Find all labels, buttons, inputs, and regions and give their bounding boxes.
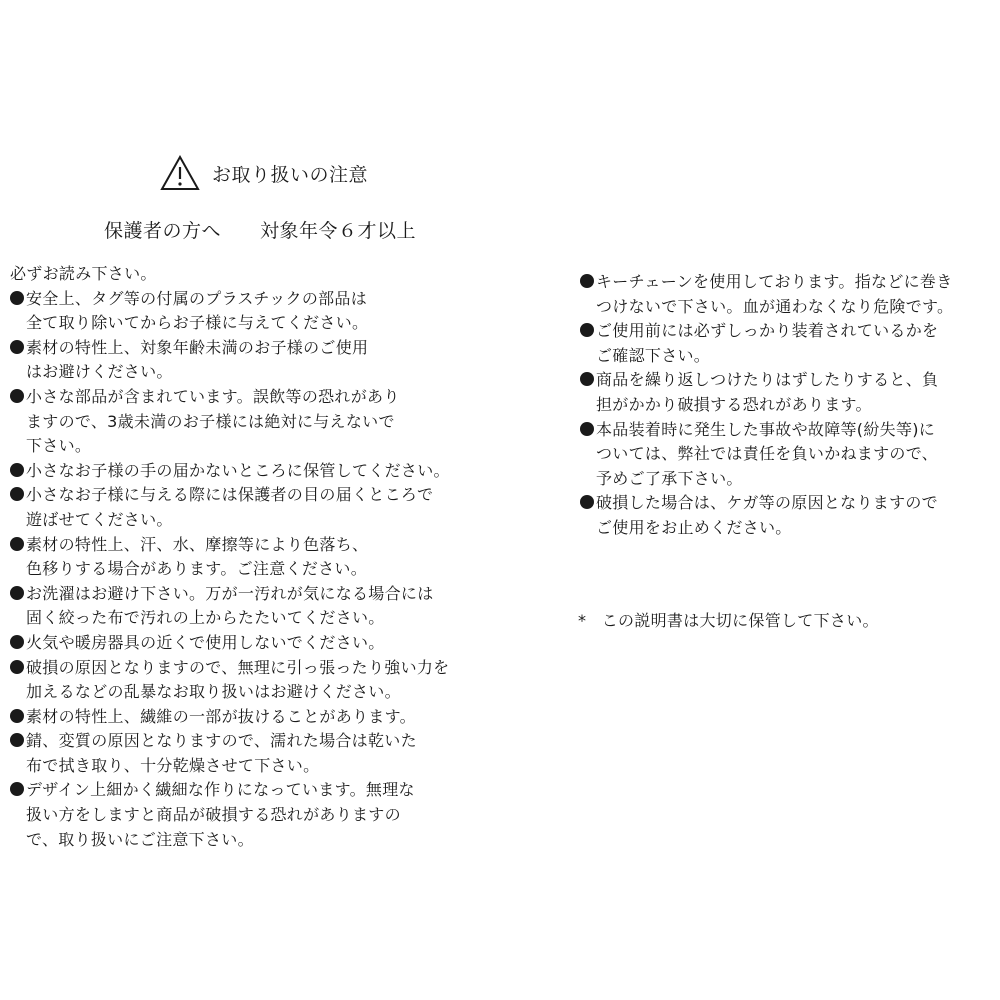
bullet-icon	[10, 782, 24, 796]
page-title: お取り扱いの注意	[212, 160, 368, 187]
precaution-item: ご使用前には必ずしっかり装着されているかをご確認下さい。	[580, 319, 1000, 368]
precaution-item: 錆、変質の原因となりますので、濡れた場合は乾いた布で拭き取り、十分乾燥させて下さ…	[10, 729, 480, 778]
precaution-text: 下さい。	[26, 434, 480, 459]
precaution-item: 安全上、タグ等の付属のプラスチックの部品は全て取り除いてからお子様に与えてくださ…	[10, 287, 480, 336]
warning-triangle-icon	[160, 155, 200, 191]
precaution-text: 破損の原因となりますので、無理に引っ張ったり強い力を	[26, 656, 449, 681]
precaution-text: 加えるなどの乱暴なお取り扱いはお避けください。	[26, 680, 480, 705]
precaution-item: 破損の原因となりますので、無理に引っ張ったり強い力を加えるなどの乱暴なお取り扱い…	[10, 656, 480, 705]
precaution-text: デザイン上細かく繊細な作りになっています。無理な	[26, 778, 415, 803]
bullet-icon	[10, 586, 24, 600]
precaution-item: お洗濯はお避け下さい。万が一汚れが気になる場合には固く絞った布で汚れの上からたた…	[10, 582, 480, 631]
precaution-text: お洗濯はお避け下さい。万が一汚れが気になる場合には	[26, 582, 434, 607]
precaution-text: 予めご了承下さい。	[596, 467, 1000, 492]
precaution-text: 火気や暖房器具の近くで使用しないでください。	[26, 631, 385, 656]
precaution-text: 本品装着時に発生した事故や故障等(紛失等)に	[596, 418, 935, 443]
keep-manual-note: * この説明書は大切に保管して下さい。	[578, 608, 879, 631]
precaution-text: 小さなお子様の手の届かないところに保管してください。	[26, 459, 450, 484]
bullet-icon	[10, 660, 24, 674]
bullet-icon	[580, 323, 594, 337]
bullet-icon	[580, 372, 594, 386]
precaution-text: 色移りする場合があります。ご注意ください。	[26, 557, 480, 582]
bullet-icon	[10, 487, 24, 501]
precaution-text: 素材の特性上、対象年齢未満のお子様のご使用	[26, 336, 368, 361]
left-precautions-list: 安全上、タグ等の付属のプラスチックの部品は全て取り除いてからお子様に与えてくださ…	[10, 287, 480, 853]
precaution-item: 本品装着時に発生した事故や故障等(紛失等)については、弊社では責任を負いかねます…	[580, 418, 1000, 492]
left-precautions-column: 必ずお読み下さい。 安全上、タグ等の付属のプラスチックの部品は全て取り除いてから…	[10, 262, 480, 852]
precaution-item: 火気や暖房器具の近くで使用しないでください。	[10, 631, 480, 656]
precaution-item: 小さなお子様に与える際には保護者の目の届くところで遊ばせてください。	[10, 483, 480, 532]
precaution-text: で、取り扱いにご注意下さい。	[26, 828, 480, 853]
bullet-icon	[10, 733, 24, 747]
precaution-text: キーチェーンを使用しております。指などに巻き	[596, 270, 953, 295]
precaution-text: ますので、3歳未満のお子様には絶対に与えないで	[26, 410, 480, 435]
bullet-icon	[10, 537, 24, 551]
precaution-item: 素材の特性上、対象年齢未満のお子様のご使用はお避けください。	[10, 336, 480, 385]
precaution-text: 小さな部品が含まれています。誤飲等の恐れがあり	[26, 385, 400, 410]
precaution-text: 扱い方をしますと商品が破損する恐れがありますの	[26, 803, 480, 828]
bullet-icon	[10, 389, 24, 403]
precaution-text: 小さなお子様に与える際には保護者の目の届くところで	[26, 483, 433, 508]
precaution-item: 小さなお子様の手の届かないところに保管してください。	[10, 459, 480, 484]
precaution-text: 錆、変質の原因となりますので、濡れた場合は乾いた	[26, 729, 417, 754]
precaution-item: キーチェーンを使用しております。指などに巻きつけないで下さい。血が通わなくなり危…	[580, 270, 1000, 319]
bullet-icon	[10, 340, 24, 354]
right-precautions-column: キーチェーンを使用しております。指などに巻きつけないで下さい。血が通わなくなり危…	[580, 270, 1000, 541]
bullet-icon	[10, 635, 24, 649]
intro-text: 必ずお読み下さい。	[10, 262, 480, 287]
precaution-text: 遊ばせてください。	[26, 508, 480, 533]
precaution-text: はお避けください。	[26, 360, 480, 385]
precaution-text: つけないで下さい。血が通わなくなり危険です。	[596, 295, 1000, 320]
precaution-text: ご使用をお止めください。	[596, 516, 1000, 541]
precaution-text: 破損した場合は、ケガ等の原因となりますので	[596, 491, 938, 516]
precaution-text: 布で拭き取り、十分乾燥させて下さい。	[26, 754, 480, 779]
precaution-text: 素材の特性上、汗、水、摩擦等により色落ち、	[26, 533, 368, 558]
precaution-text: 固く絞った布で汚れの上からたたいてください。	[26, 606, 480, 631]
precaution-item: デザイン上細かく繊細な作りになっています。無理な扱い方をしますと商品が破損する恐…	[10, 778, 480, 852]
bullet-icon	[580, 422, 594, 436]
asterisk-mark: *	[578, 611, 586, 630]
precaution-item: 小さな部品が含まれています。誤飲等の恐れがありますので、3歳未満のお子様には絶対…	[10, 385, 480, 459]
bullet-icon	[580, 274, 594, 288]
document-header: お取り扱いの注意	[160, 155, 368, 191]
precaution-item: 破損した場合は、ケガ等の原因となりますのでご使用をお止めください。	[580, 491, 1000, 540]
precaution-text: 素材の特性上、繊維の一部が抜けることがあります。	[26, 705, 416, 730]
note-text: この説明書は大切に保管して下さい。	[602, 611, 879, 630]
precaution-item: 素材の特性上、汗、水、摩擦等により色落ち、色移りする場合があります。ご注意くださ…	[10, 533, 480, 582]
precaution-text: ご確認下さい。	[596, 344, 1000, 369]
bullet-icon	[10, 291, 24, 305]
target-age-subtitle: 保護者の方へ 対象年令６才以上	[104, 216, 416, 243]
precaution-text: 全て取り除いてからお子様に与えてください。	[26, 311, 480, 336]
bullet-icon	[580, 495, 594, 509]
bullet-icon	[10, 709, 24, 723]
precaution-item: 商品を繰り返しつけたりはずしたりすると、負担がかかり破損する恐れがあります。	[580, 368, 1000, 417]
precaution-text: 商品を繰り返しつけたりはずしたりすると、負	[596, 368, 938, 393]
precaution-text: 担がかかり破損する恐れがあります。	[596, 393, 1000, 418]
precaution-text: ご使用前には必ずしっかり装着されているかを	[596, 319, 938, 344]
precaution-text: 安全上、タグ等の付属のプラスチックの部品は	[26, 287, 367, 312]
precaution-item: 素材の特性上、繊維の一部が抜けることがあります。	[10, 705, 480, 730]
precaution-text: ついては、弊社では責任を負いかねますので、	[596, 442, 1000, 467]
right-precautions-list: キーチェーンを使用しております。指などに巻きつけないで下さい。血が通わなくなり危…	[580, 270, 1000, 541]
bullet-icon	[10, 463, 24, 477]
